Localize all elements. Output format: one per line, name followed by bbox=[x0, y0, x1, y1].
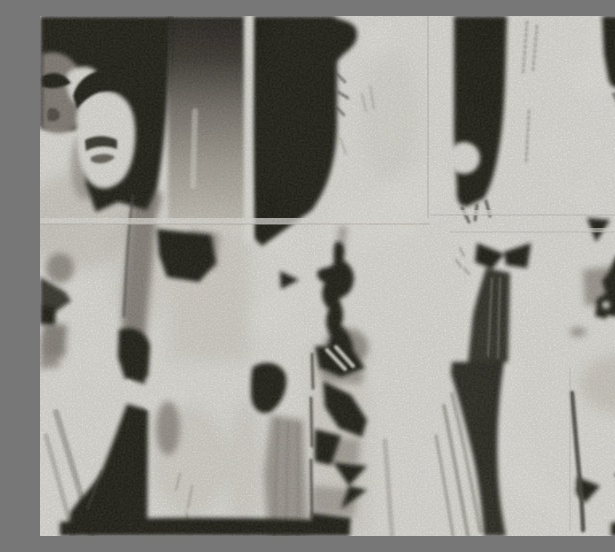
photo-canvas bbox=[40, 16, 615, 536]
grain-overlay-light bbox=[40, 16, 615, 536]
degraded-photo-collage bbox=[40, 16, 615, 536]
